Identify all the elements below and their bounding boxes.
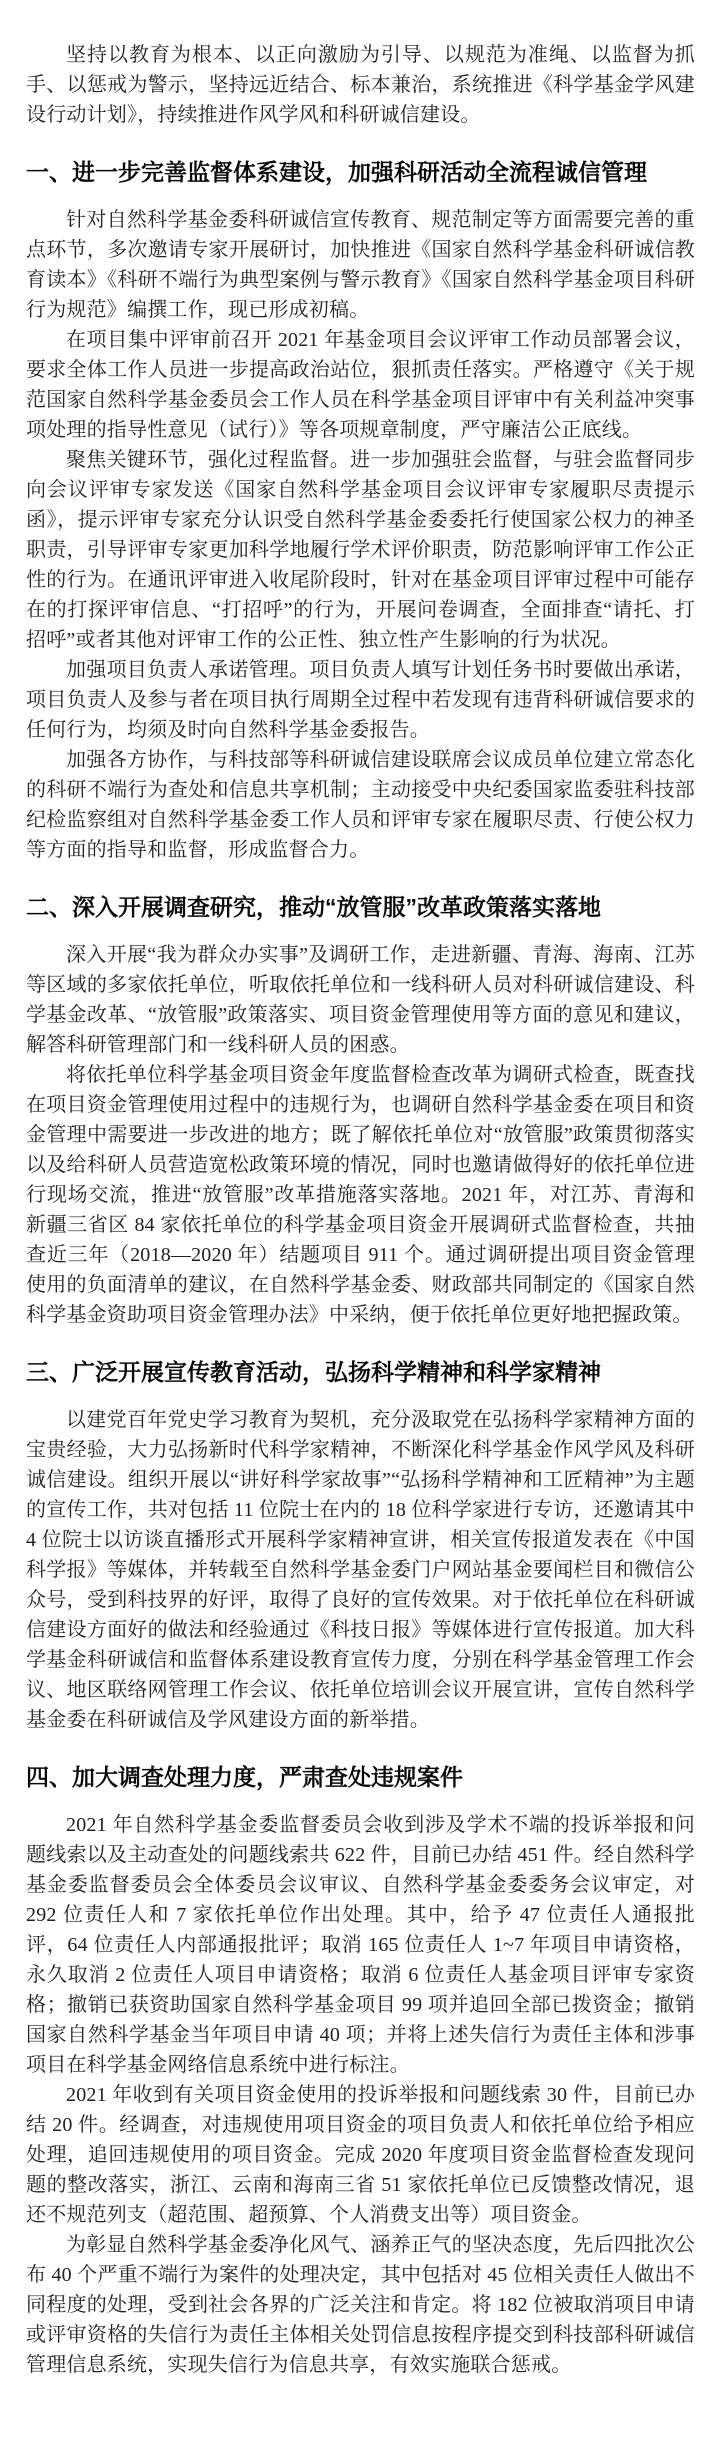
paragraph: 聚焦关键环节，强化过程监督。进一步加强驻会监督，与驻会监督同步向会议评审专家发送…	[26, 445, 695, 655]
paragraph: 为彰显自然科学基金委净化风气、涵养正气的坚决态度，先后四批次公布 40 个严重不…	[26, 2230, 695, 2380]
section-1-heading: 一、进一步完善监督体系建设，加强科研活动全流程诚信管理	[26, 156, 695, 188]
section-3-heading: 三、广泛开展宣传教育活动，弘扬科学精神和科学家精神	[26, 1356, 695, 1388]
paragraph: 深入开展“我为群众办实事”及调研工作，走进新疆、青海、海南、江苏等区域的多家依托…	[26, 940, 695, 1060]
section-3: 三、广泛开展宣传教育活动，弘扬科学精神和科学家精神 以建党百年党史学习教育为契机…	[26, 1356, 695, 1735]
section-1: 一、进一步完善监督体系建设，加强科研活动全流程诚信管理 针对自然科学基金委科研诚…	[26, 156, 695, 865]
section-2-heading: 二、深入开展调查研究，推动“放管服”改革政策落实落地	[26, 891, 695, 923]
document-page: 坚持以教育为根本、以正向激励为引导、以规范为准绳、以监督为抓手、以惩戒为警示，坚…	[0, 0, 720, 2440]
paragraph: 加强项目负责人承诺管理。项目负责人填写计划任务书时要做出承诺，项目负责人及参与者…	[26, 655, 695, 745]
paragraph: 将依托单位科学基金项目资金年度监督检查改革为调研式检查，既查找在项目资金管理使用…	[26, 1060, 695, 1330]
section-4-heading: 四、加大调查处理力度，严肃查处违规案件	[26, 1761, 695, 1793]
paragraph: 以建党百年党史学习教育为契机，充分汲取党在弘扬科学家精神方面的宝贵经验，大力弘扬…	[26, 1405, 695, 1735]
paragraph: 2021 年收到有关项目资金使用的投诉举报和问题线索 30 件，目前已办结 20…	[26, 2080, 695, 2230]
paragraph: 针对自然科学基金委科研诚信宣传教育、规范制定等方面需要完善的重点环节，多次邀请专…	[26, 205, 695, 325]
section-4: 四、加大调查处理力度，严肃查处违规案件 2021 年自然科学基金委监督委员会收到…	[26, 1761, 695, 2380]
paragraph: 2021 年自然科学基金委监督委员会收到涉及学术不端的投诉举报和问题线索以及主动…	[26, 1810, 695, 2080]
paragraph: 加强各方协作，与科技部等科研诚信建设联席会议成员单位建立常态化的科研不端行为查处…	[26, 745, 695, 865]
paragraph: 在项目集中评审前召开 2021 年基金项目会议评审工作动员部署会议，要求全体工作…	[26, 325, 695, 445]
intro-paragraph: 坚持以教育为根本、以正向激励为引导、以规范为准绳、以监督为抓手、以惩戒为警示，坚…	[26, 40, 695, 130]
section-2: 二、深入开展调查研究，推动“放管服”改革政策落实落地 深入开展“我为群众办实事”…	[26, 891, 695, 1330]
